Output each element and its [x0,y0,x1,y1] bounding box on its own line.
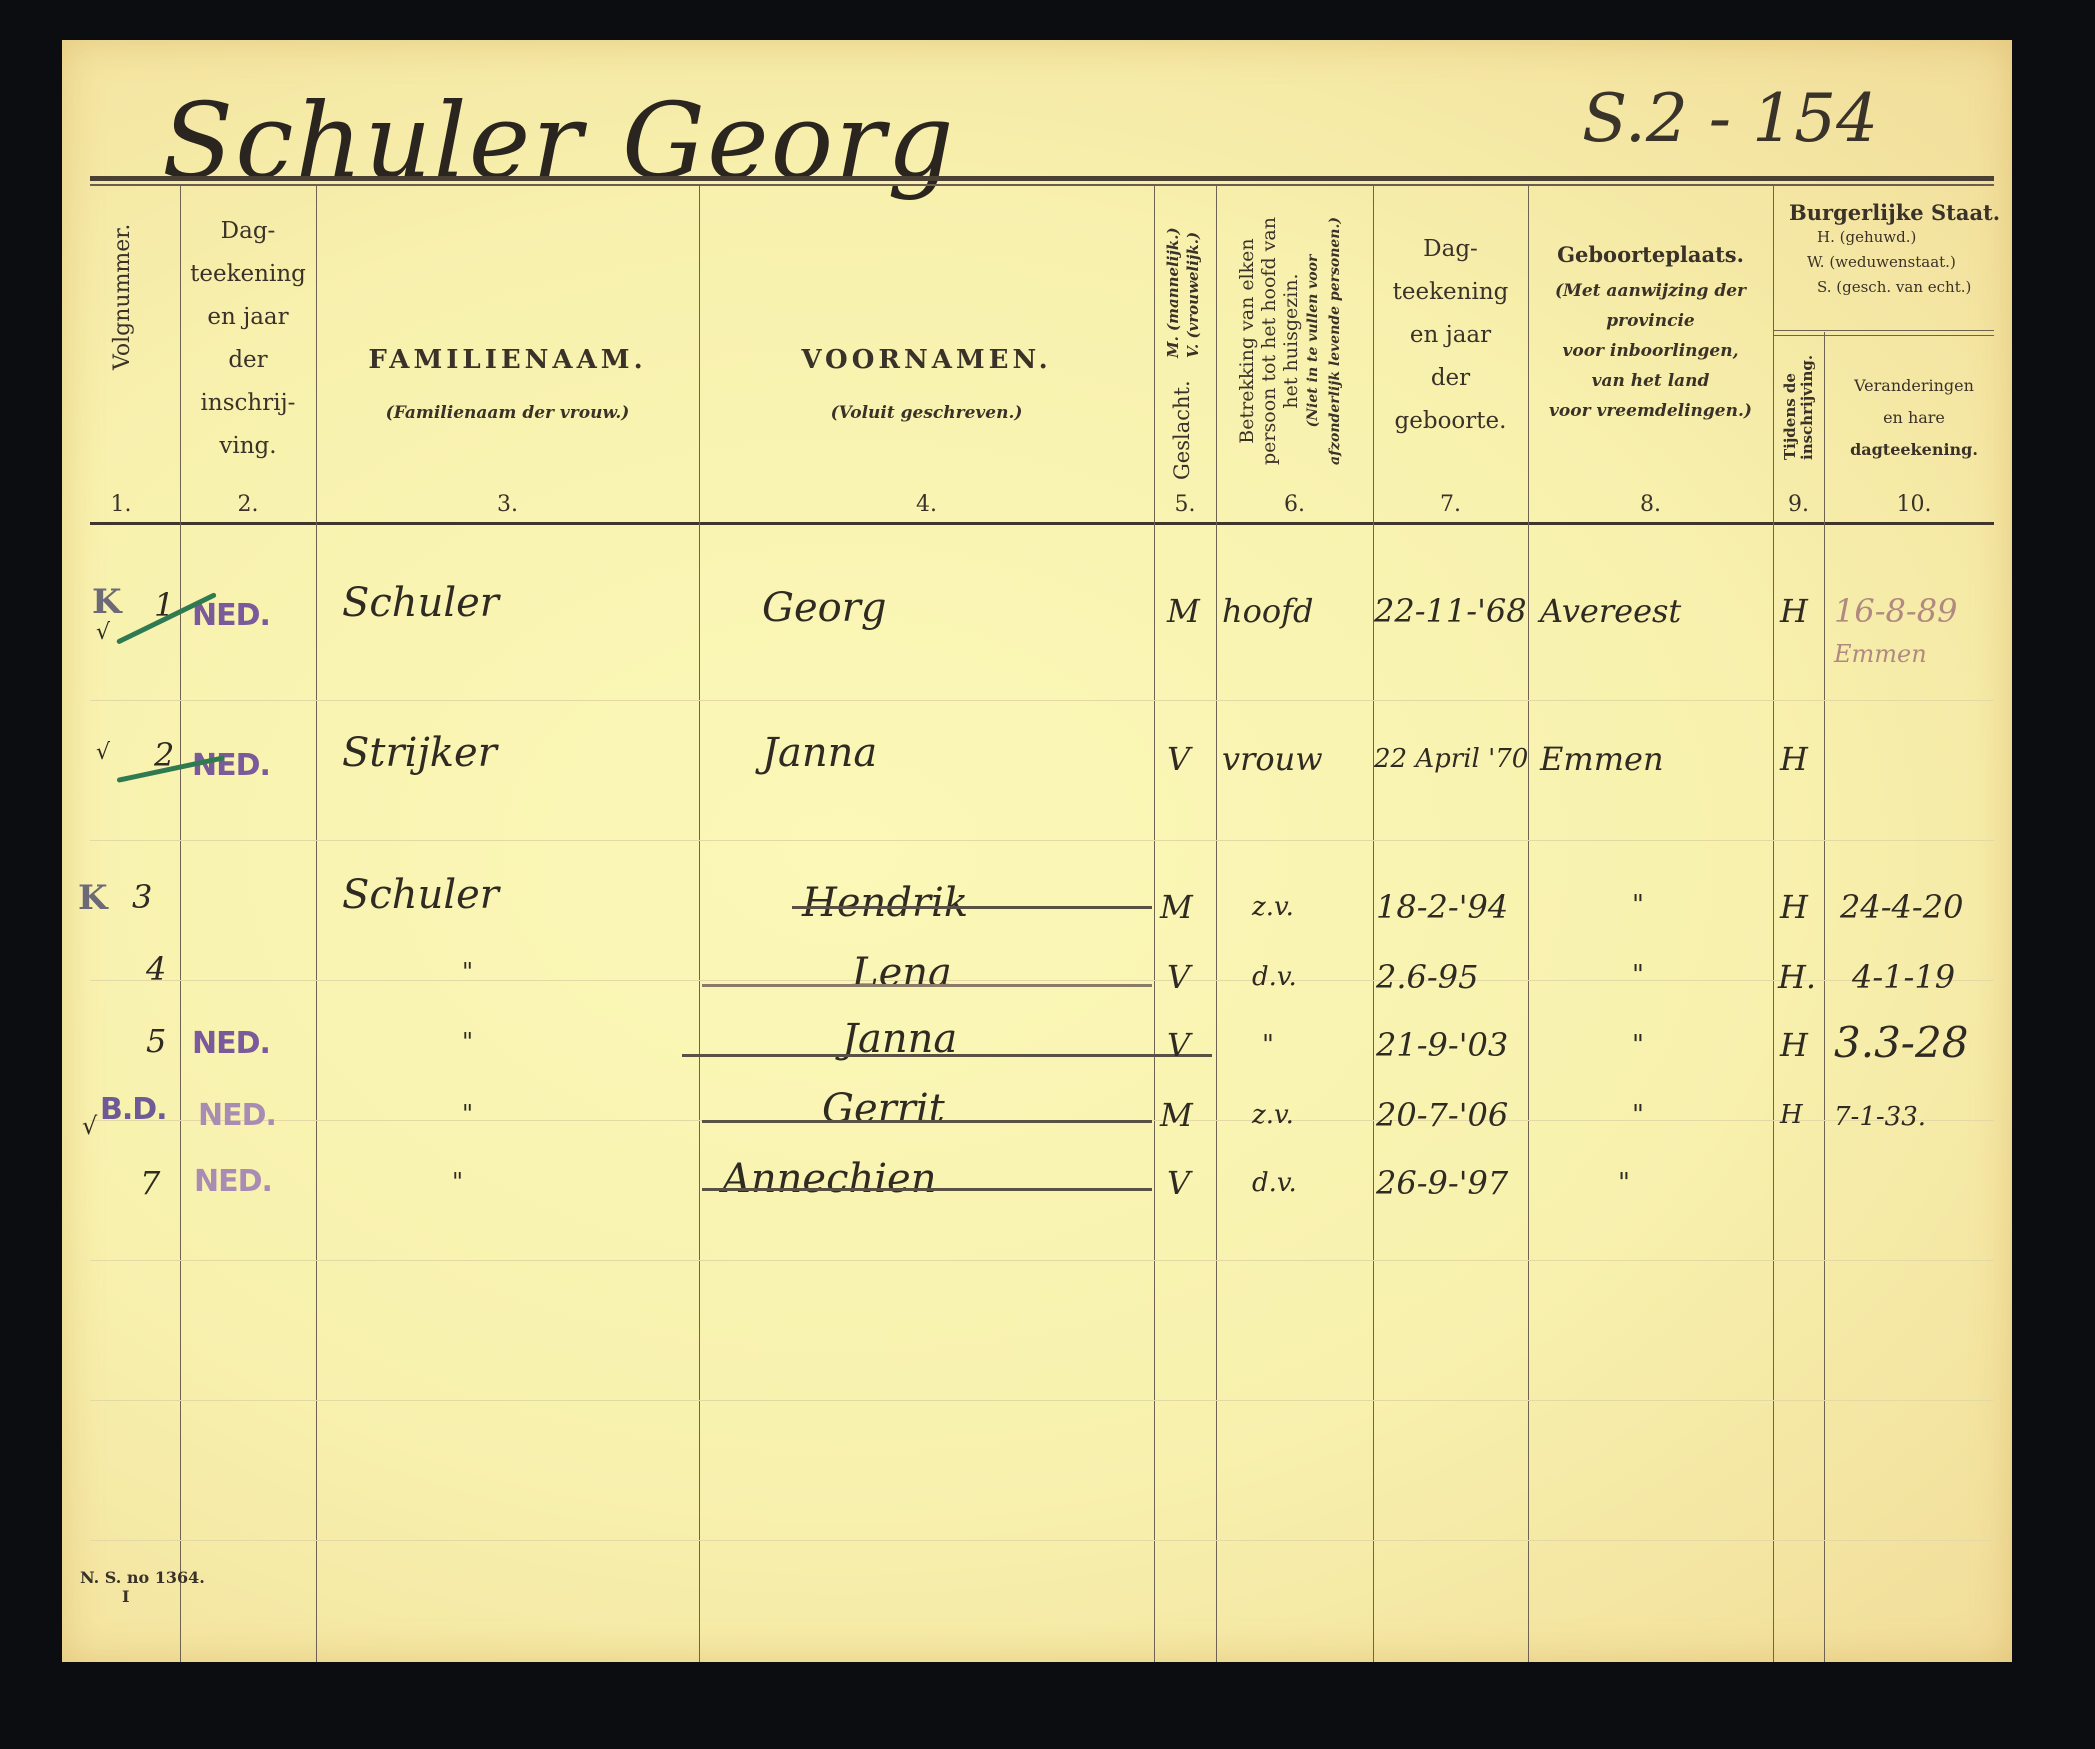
strikethrough [702,1120,1152,1123]
column-number: 5. [1154,492,1216,517]
header-line: en hare [1824,402,2004,434]
header-note: van het land [1528,366,1773,396]
relation: d.v. [1252,962,1297,992]
firstname: Georg [762,585,886,631]
staat-divider [1773,330,1994,336]
surname: " [462,1028,473,1056]
header-line: der [1373,357,1528,400]
header-title: Geboorteplaats. [1528,240,1773,270]
row-rule [90,980,1994,981]
relation: d.v. [1252,1168,1297,1198]
firstname: Hendrik [802,880,968,926]
column-divider [1216,186,1217,1662]
header-note: (Met aanwijzing der [1528,276,1773,306]
sex: V [1167,1164,1190,1202]
header-line: teekening [180,253,316,296]
header-volgnummer: Volgnummer. [110,224,135,370]
birthplace: Emmen [1540,740,1664,778]
strikethrough [702,1188,1152,1191]
surname: Strijker [342,730,497,776]
surname: Schuler [342,872,499,918]
header-voornamen: VOORNAMEN. (Voluit geschreven.) [699,340,1154,427]
header-geslacht-v: V. (vrouwelijk.) [1184,232,1202,358]
row-rule [90,1540,1994,1541]
relation: z.v. [1252,1100,1294,1130]
header-line: Veranderingen [1824,370,2004,402]
birthdate: 18-2-'94 [1376,888,1508,926]
column-number: 6. [1216,492,1373,517]
header-geslacht: Geslacht. [1170,380,1194,480]
row-number: 3 [132,878,152,916]
change-date: 7-1-33. [1834,1102,1926,1132]
row-number: 7 [140,1164,160,1202]
header-betrekking: Betrekking van elken persoon tot het hoo… [1236,217,1346,465]
civil-status: H [1780,888,1808,926]
header-dagteekening-geboorte: Dag- teekening en jaar der geboorte. [1373,228,1528,443]
change-date: 3.3-28 [1834,1018,1968,1067]
birthplace: " [1632,1030,1644,1060]
reference-number: S.2 - 154 [1582,80,1878,157]
form-sub-number: I [80,1587,205,1606]
birthdate: 2.6-95 [1376,958,1478,996]
header-bottom-rule [90,522,1994,525]
k-stamp: K [92,582,122,622]
k-stamp: K [78,878,108,918]
change-date: 4-1-19 [1852,958,1955,996]
relation: vrouw [1222,740,1323,778]
row-rule [90,700,1994,701]
row-number: 5 [146,1022,166,1060]
relation: hoofd [1222,592,1313,630]
header-geslacht-m: M. (mannelijk.) [1164,227,1182,358]
change-date: 24-4-20 [1840,888,1963,926]
firstname: Annechien [722,1156,936,1202]
birthdate: 20-7-'06 [1376,1096,1508,1134]
birthdate: 22 April '70 [1374,744,1528,774]
civil-status: H [1780,1026,1808,1064]
sex: V [1167,1026,1190,1064]
header-line: inschrijving. [1799,355,1816,460]
header-line: en jaar [180,296,316,339]
column-divider [1154,186,1155,1662]
header-line: geboorte. [1373,400,1528,443]
change-note: Emmen [1834,640,1927,668]
row-number: 4 [146,950,166,988]
column-number: 1. [62,492,180,517]
header-line: ving. [180,425,316,468]
sex: V [1167,740,1190,778]
civil-status: H [1780,592,1808,630]
check-mark: √ [96,620,110,645]
form-number-text: N. S. no 1364. [80,1568,205,1587]
column-number: 10. [1824,492,2004,517]
birthdate: 26-9-'97 [1376,1164,1508,1202]
relation: " [1262,1030,1274,1060]
header-geboorteplaats: Geboorteplaats. (Met aanwijzing der prov… [1528,240,1773,426]
birthdate: 21-9-'03 [1376,1026,1508,1064]
header-title: VOORNAMEN. [699,340,1154,380]
ned-stamp: NED. [198,1098,276,1133]
birthplace: " [1632,1100,1644,1130]
header-line: persoon tot het hoofd van [1258,217,1280,465]
header-line: Tijdens de [1782,355,1799,460]
sex: M [1167,592,1200,630]
header-title: FAMILIENAAM. [316,340,699,380]
surname: " [452,1168,463,1196]
bd-stamp: B.D. [100,1092,167,1127]
strikethrough [702,984,1152,987]
firstname: Lena [852,950,952,996]
column-number: 8. [1528,492,1773,517]
header-note: voor inboorlingen, [1528,336,1773,366]
ned-stamp: NED. [192,598,270,633]
change-date: 16-8-89 [1834,592,1957,630]
firstname: Janna [762,730,877,776]
birthplace: " [1618,1168,1630,1198]
form-number: N. S. no 1364. I [80,1568,205,1606]
header-line: Dag- [1373,228,1528,271]
header-dagteekening-inschrijving: Dag- teekening en jaar der inschrij- vin… [180,210,316,468]
row-rule [90,840,1994,841]
staat-w: W. (weduwenstaat.) [1773,250,2003,275]
header-line: inschrij- [180,382,316,425]
column-number: 9. [1773,492,1824,517]
sex: V [1167,958,1190,996]
column-divider [1824,332,1825,1662]
ned-stamp: NED. [192,1026,270,1061]
surname: Schuler [342,580,499,626]
header-note: (Niet in te vullen voor [1302,217,1324,465]
header-line: der [180,339,316,382]
civil-status: H. [1778,958,1816,996]
header-note: provincie [1528,306,1773,336]
surname: " [462,1100,473,1128]
civil-status: H [1780,1100,1803,1130]
birthdate: 22-11-'68 [1374,592,1527,630]
staat-s: S. (gesch. van echt.) [1773,275,2003,300]
column-number: 7. [1373,492,1528,517]
birthplace: " [1632,890,1644,920]
row-rule [90,1260,1994,1261]
header-note: voor vreemdelingen.) [1528,396,1773,426]
check-mark: √ [82,1112,97,1140]
surname: " [462,958,473,986]
header-line: dagteekening. [1824,434,2004,466]
header-note: afzonderlijk levende personen.) [1324,217,1346,465]
strikethrough [792,906,1152,909]
civil-status: H [1780,740,1808,778]
row-rule [90,1400,1994,1401]
ned-stamp: NED. [194,1164,272,1199]
check-mark: √ [96,740,110,765]
header-line: teekening [1373,271,1528,314]
sex: M [1160,888,1193,926]
header-subtitle: (Voluit geschreven.) [699,400,1154,426]
column-number: 4. [699,492,1154,517]
top-rule [90,176,1994,181]
birthplace: Avereest [1540,592,1681,630]
strikethrough [682,1054,1212,1057]
header-familienaam: FAMILIENAAM. (Familienaam der vrouw.) [316,340,699,427]
column-number: 2. [180,492,316,517]
top-rule-thin [90,184,1994,186]
column-number: 3. [316,492,699,517]
header-veranderingen: Veranderingen en hare dagteekening. [1824,370,2004,466]
relation: z.v. [1252,892,1294,922]
registration-card: Schuler Georg S.2 - 154 Volgnummer. Dag-… [62,40,2012,1662]
firstname: Gerrit [822,1086,945,1132]
sex: M [1160,1096,1193,1134]
header-burgerlijke-staat: Burgerlijke Staat. H. (gehuwd.) W. (wedu… [1773,200,2003,300]
header-line: en jaar [1373,314,1528,357]
header-title: Burgerlijke Staat. [1773,200,2003,225]
column-divider [1773,186,1774,1662]
header-tijdens-inschrijving: Tijdens de inschrijving. [1782,355,1816,460]
staat-h: H. (gehuwd.) [1773,225,2003,250]
header-line: Dag- [180,210,316,253]
header-line: het huisgezin. [1280,217,1302,465]
ned-stamp: NED. [192,748,270,783]
birthplace: " [1632,960,1644,990]
header-subtitle: (Familienaam der vrouw.) [316,400,699,426]
header-line: Betrekking van elken [1236,217,1258,465]
